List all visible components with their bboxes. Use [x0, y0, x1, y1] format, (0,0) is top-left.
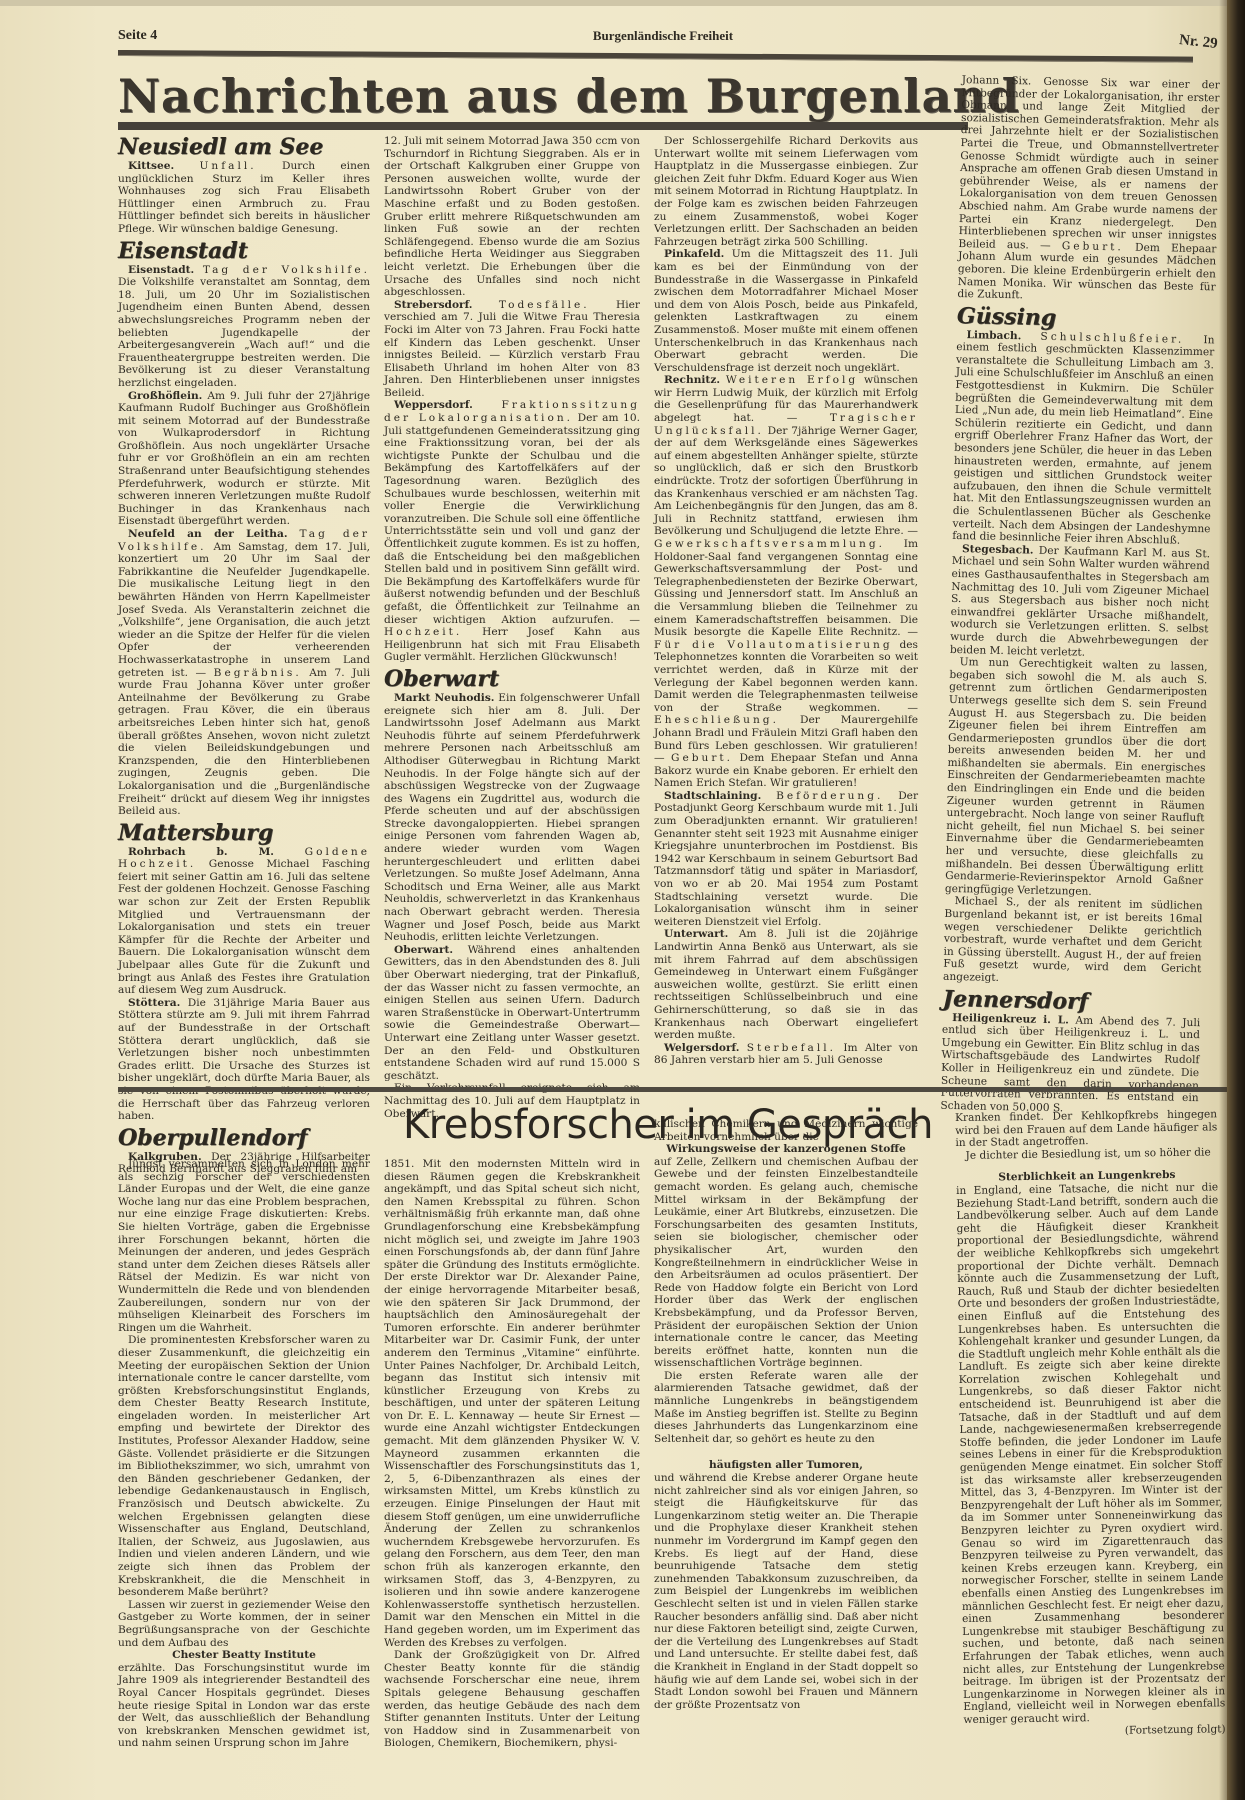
news-item: Unterwart. Am 8. Juli ist die 20jährige … [654, 928, 918, 1041]
news-item: Pinkafeld. Um die Mittagszeit des 11. Ju… [654, 248, 918, 374]
article-paragraph: 1851. Mit den modernsten Mitteln wird in… [384, 1158, 640, 1649]
region-heading-mattersburg: Mattersburg [118, 820, 370, 846]
news-item: Rechnitz. Weiteren Erfolg wünschen wir H… [654, 374, 918, 790]
article-column-4: Kranken findet. Der Kehlkopfkrebs hingeg… [955, 1108, 1226, 1739]
article-column-1: Jüngst versammelten sich in London mehr … [118, 1158, 370, 1750]
news-item: Heiligenkreuz i. L. Am Abend des 7. Juli… [940, 1011, 1200, 1117]
binding-shadow [1219, 0, 1227, 1800]
news-item: Stadtschlaining. Beförderung. Der Postad… [654, 790, 918, 929]
region-heading-oberwart: Oberwart [384, 666, 640, 692]
news-item: Johann Six. Genosse Six war einer der Mi… [957, 74, 1220, 306]
article-paragraph: Lassen wir zuerst in geziemender Weise d… [118, 1599, 370, 1649]
section-divider-rule [118, 1087, 1228, 1092]
news-item: Rohrbach b. M. Goldene Hochzeit. Genosse… [118, 846, 370, 997]
article-paragraph: Dank der Großzügigkeit von Dr. Alfred Ch… [384, 1649, 640, 1750]
news-item: Um nun Gerechtigkeit walten zu lassen, b… [945, 656, 1208, 901]
region-heading-eisenstadt: Eisenstadt [118, 238, 370, 264]
news-item: Der Schlossergehilfe Richard Derkovits a… [654, 135, 918, 248]
article-paragraph: auf Zelle, Zellkern und chemischen Aufba… [654, 1156, 918, 1370]
news-item: Welgersdorf. Sterbefall. Im Alter von 86… [654, 1042, 918, 1067]
article-paragraph: und während die Krebse anderer Organe he… [654, 1472, 918, 1711]
news-item: Kittsee. Unfall. Durch einen unglücklich… [118, 160, 370, 236]
book-spine [1227, 0, 1245, 1800]
news-column-1: Neusiedl am See Kittsee. Unfall. Durch e… [118, 132, 370, 1176]
article-column-3: kalischen Chemikern und Medizinern wicht… [654, 1118, 918, 1711]
article-subheading: Chester Beatty Institute [118, 1649, 370, 1662]
news-column-2: 12. Juli mit seinem Motorrad Jawa 350 cc… [384, 135, 640, 1120]
region-heading-neusiedl: Neusiedl am See [118, 134, 370, 160]
running-header: Seite 4 Burgenländische Freiheit Nr. 29 [118, 28, 1208, 50]
article-paragraph: in England, eine Tatsache, die nicht nur… [956, 1181, 1226, 1726]
header-rule [118, 50, 1193, 63]
section-masthead: Nachrichten aus dem Burgenland [118, 72, 968, 120]
newspaper-name: Burgenländische Freiheit [118, 28, 1208, 44]
news-item: Weppersdorf. Fraktionssitzung der Lokalo… [384, 399, 640, 663]
article-paragraph: Je dichter die Besiedlung ist, um so höh… [956, 1146, 1218, 1162]
article-paragraph: kalischen Chemikern und Medizinern wicht… [654, 1118, 918, 1143]
news-item: Limbach. Schulschlußfeier. In einem fest… [952, 329, 1214, 548]
news-item: Neufeld an der Leitha. Tag der Volkshilf… [118, 528, 370, 818]
news-item: Markt Neuhodis. Ein folgenschwerer Unfal… [384, 692, 640, 944]
news-item: Stegesbach. Der Kaufmann Karl M. aus St.… [950, 543, 1210, 662]
news-item: Strebersdorf. Todesfälle. Hier verschied… [384, 299, 640, 400]
masthead-rule [118, 122, 968, 130]
news-item: Großhöflein. Am 9. Juli fuhr der 27jähri… [118, 390, 370, 529]
article-paragraph: erzählte. Das Forschungsinstitut wurde i… [118, 1662, 370, 1750]
article-paragraph: Kranken findet. Der Kehlkopfkrebs hingeg… [955, 1108, 1218, 1149]
news-item: Oberwart. Während eines anhaltenden Gewi… [384, 944, 640, 1083]
issue-number: Nr. 29 [1179, 32, 1219, 53]
news-column-3: Der Schlossergehilfe Richard Derkovits a… [654, 135, 918, 1067]
scan-top-edge [0, 0, 1245, 6]
article-paragraph: Die prominentesten Krebsforscher waren z… [118, 1334, 370, 1598]
news-item: Eisenstadt. Tag der Volkshilfe. Die Volk… [118, 264, 370, 390]
article-subheading: häufigsten aller Tumoren, [654, 1459, 918, 1472]
article-paragraph: Die ersten Referate waren alle der alarm… [654, 1370, 918, 1446]
news-item: 12. Juli mit seinem Motorrad Jawa 350 cc… [384, 135, 640, 299]
article-subheading: Wirkungsweise der kanzerogenen Stoffe [654, 1143, 918, 1156]
newspaper-page: Seite 4 Burgenländische Freiheit Nr. 29 … [0, 0, 1245, 1800]
article-column-2: 1851. Mit den modernsten Mitteln wird in… [384, 1158, 640, 1750]
news-item: Michael S., der als renitent im südliche… [943, 895, 1203, 989]
news-column-4: Johann Six. Genosse Six war einer der Mi… [940, 74, 1220, 1117]
article-paragraph: Jüngst versammelten sich in London mehr … [118, 1158, 370, 1334]
